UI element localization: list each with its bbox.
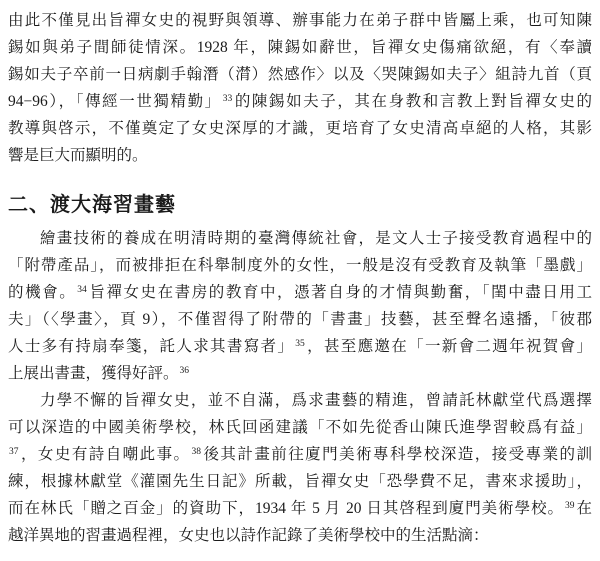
text-line: 錫如夫子卒前一日病劇手翰潛（潸）然感作〉以及〈哭陳錫如夫子〉組詩九首（頁: [8, 61, 592, 88]
text-line: 可以深造的中國美術學校，林氏回函建議「不如先從香山陳氏進學習較爲有益」: [8, 414, 592, 441]
text-line: 而在林氏「贈之百金」的資助下，1934 年 5 月 20 日其啓程到廈門美術學校…: [8, 495, 592, 522]
section-heading: 二、渡大海習畫藝: [8, 192, 592, 218]
text-line: 「附帶產品」，而被排拒在科舉制度外的女性，一般是沒有受教育及執筆「墨戲」: [8, 252, 592, 279]
text-line: 力學不懈的旨禪女史，並不自滿，爲求畫藝的精進，曾請託林獻堂代爲選擇: [8, 387, 592, 414]
footnote-marker: 34: [76, 285, 88, 295]
footnote-marker: 36: [179, 366, 191, 376]
paragraph-2: 繪畫技術的養成在明清時期的臺灣傳統社會，是文人士子接受教育過程中的「附帶產品」，…: [8, 225, 592, 387]
text-line: 夫」（〈學畫〉，頁 9），不僅習得了附帶的「書畫」技藝，甚至聲名遠播，「彼郡: [8, 306, 592, 333]
text-line: 繪畫技術的養成在明清時期的臺灣傳統社會，是文人士子接受教育過程中的: [8, 225, 592, 252]
footnote-marker: 38: [191, 447, 203, 457]
text-line: 94−96），「傳經一世獨精勤」33的陳錫如夫子，其在身教和言教上對旨禪女史的: [8, 88, 592, 115]
text-line: 教導與啓示，不僅奠定了女史深厚的才識，更培育了女史清高卓絕的人格，其影: [8, 115, 592, 142]
footnote-marker: 33: [222, 94, 234, 104]
paragraph-1: 由此不僅見出旨禪女史的視野與領導、辦事能力在弟子群中皆屬上乘，也可知陳錫如與弟子…: [8, 7, 592, 169]
text-line: 響是巨大而顯明的。: [8, 142, 592, 169]
paragraph-3: 力學不懈的旨禪女史，並不自滿，爲求畫藝的精進，曾請託林獻堂代爲選擇可以深造的中國…: [8, 387, 592, 549]
footnote-marker: 35: [294, 339, 306, 349]
text-line: 練，根據林獻堂《灌園先生日記》所載，旨禪女史「恐學費不足，書來求援助」，: [8, 468, 592, 495]
text-line: 越洋異地的習畫過程裡，女史也以詩作記錄了美術學校中的生活點滴：: [8, 522, 592, 549]
footnote-marker: 37: [8, 447, 20, 457]
text-line: 37，女史有詩自嘲此事。38後其計畫前往廈門美術專科學校深造，接受專業的訓: [8, 441, 592, 468]
text-line: 的機會。34旨禪女史在書房的教育中，憑著自身的才情與勤奮，「閨中盡日用工: [8, 279, 592, 306]
text-line: 人士多有持扇奉箋，託人求其書寫者」35，甚至應邀在「一新會二週年祝賀會」: [8, 333, 592, 360]
text-line: 錫如與弟子間師徒情深。1928 年，陳錫如辭世，旨禪女史傷痛欲絕，有〈奉讀: [8, 34, 592, 61]
text-line: 上展出書畫，獲得好評。36: [8, 360, 592, 387]
footnote-marker: 39: [564, 501, 576, 511]
text-line: 由此不僅見出旨禪女史的視野與領導、辦事能力在弟子群中皆屬上乘，也可知陳: [8, 7, 592, 34]
document-page: 由此不僅見出旨禪女史的視野與領導、辦事能力在弟子群中皆屬上乘，也可知陳錫如與弟子…: [0, 0, 600, 549]
